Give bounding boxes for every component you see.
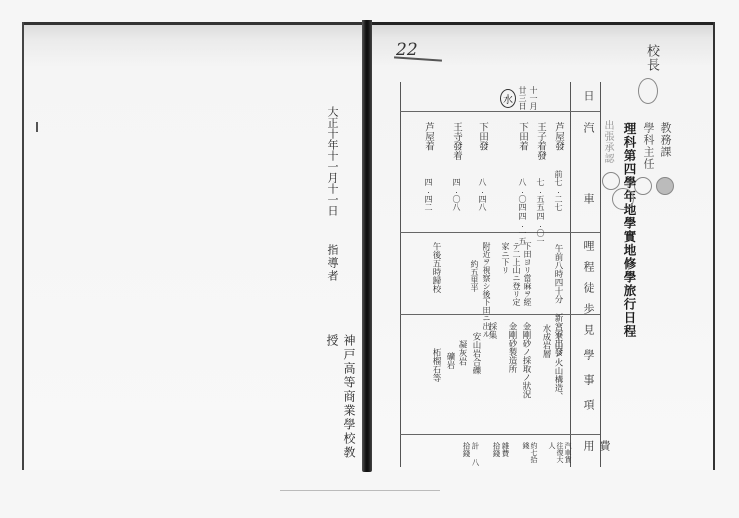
document-title: 理科第四學年地學實地修學旅行日程 xyxy=(620,122,638,338)
affairs-section-label: 教務課 xyxy=(657,122,673,158)
expense-row-1: 汽車賃往復大人 xyxy=(548,442,572,466)
affairs-seal xyxy=(656,177,674,195)
header-date: 日 xyxy=(580,90,596,104)
walk-row-2: 下田ヨリ當麻ヲ經テ二上山ニ登リ定家ニ下リ xyxy=(500,242,533,312)
observation-row-3: 金剛砂製造所 xyxy=(506,322,518,373)
train-station-3: 下田着 xyxy=(516,122,528,151)
book-spine xyxy=(362,20,372,472)
train-time-3: 八.〇四 xyxy=(516,178,528,211)
expense-row-3: 雜費 拾錢 xyxy=(492,442,510,466)
observation-row-8: 柘榴石等 xyxy=(430,348,442,382)
supervisor-label: 指導者 xyxy=(324,244,340,283)
approval-seal xyxy=(602,172,620,190)
science-head-label: 學科主任 xyxy=(640,122,656,170)
right-page: 22 校長 教務課 學科主任 出張承認 理科第四學年地學實地修學旅行日程 日 汽… xyxy=(372,22,715,470)
train-station-6: 芦屋着 xyxy=(422,122,434,151)
scan-bottom-shadow xyxy=(280,490,440,491)
train-time-6: 四.四二 xyxy=(422,178,434,211)
train-station-2: 王子着發 xyxy=(534,122,546,160)
train-time-5: 四.〇八 xyxy=(450,178,462,211)
schedule-table: 日 汽車 哩程徒歩 見學事項 費用 水 廿三日 十一月 芦屋發 王子着發 下田着… xyxy=(400,82,600,467)
day-label: 廿三日 xyxy=(518,86,527,110)
title-seal xyxy=(612,188,634,210)
train-time-extra-1: 四.〇一 xyxy=(534,212,546,245)
margin-note: 出張承認 xyxy=(600,120,615,164)
train-time-extra-2: 四.一五 xyxy=(516,212,528,245)
margin-mark xyxy=(36,122,38,132)
observation-row-1: 二上山ノ火山構造、水成岩層 xyxy=(540,324,564,404)
walk-row-5: 午後五時歸校 xyxy=(430,242,442,293)
header-walk: 哩程徒歩 xyxy=(580,240,596,324)
header-observation: 見學事項 xyxy=(580,324,596,424)
train-time-2: 七.五五 xyxy=(534,178,546,211)
weekday-circle: 水 xyxy=(500,89,516,108)
expense-row-4: 計 八拾錢 xyxy=(462,442,480,468)
observation-row-2: 金剛砂ノ採取ノ狀況 xyxy=(520,322,532,399)
observation-row-6: 凝灰岩 xyxy=(456,340,468,366)
left-page: 大正十年十一月十一日 指導者 神戸高等商業學校教授 xyxy=(22,22,366,470)
walk-row-4: 約五里半 xyxy=(468,260,480,292)
train-station-4: 下田發 xyxy=(476,122,488,151)
observation-row-4: 採集 xyxy=(486,322,498,339)
date-cell: 水 廿三日 十一月 xyxy=(500,86,538,110)
principal-stamp-label: 校長 xyxy=(642,44,661,72)
month-label: 十一月 xyxy=(529,86,538,110)
expense-row-2: 約七拾錢 xyxy=(522,442,538,466)
observation-row-7: 礦岩 xyxy=(444,352,456,369)
train-station-5: 王寺發着 xyxy=(450,122,462,160)
principal-seal xyxy=(638,78,658,104)
observation-row-5: 安山岩合礫 xyxy=(470,332,482,375)
train-time-1: 前七.二七 xyxy=(552,170,564,211)
train-station-1: 芦屋發 xyxy=(552,122,564,151)
train-time-4: 八.四八 xyxy=(476,178,488,211)
header-expenses: 費用 xyxy=(580,440,612,467)
document-date: 大正十年十一月十一日 xyxy=(324,106,340,216)
supervisor-name: 神戸高等商業學校教授 xyxy=(324,334,358,470)
